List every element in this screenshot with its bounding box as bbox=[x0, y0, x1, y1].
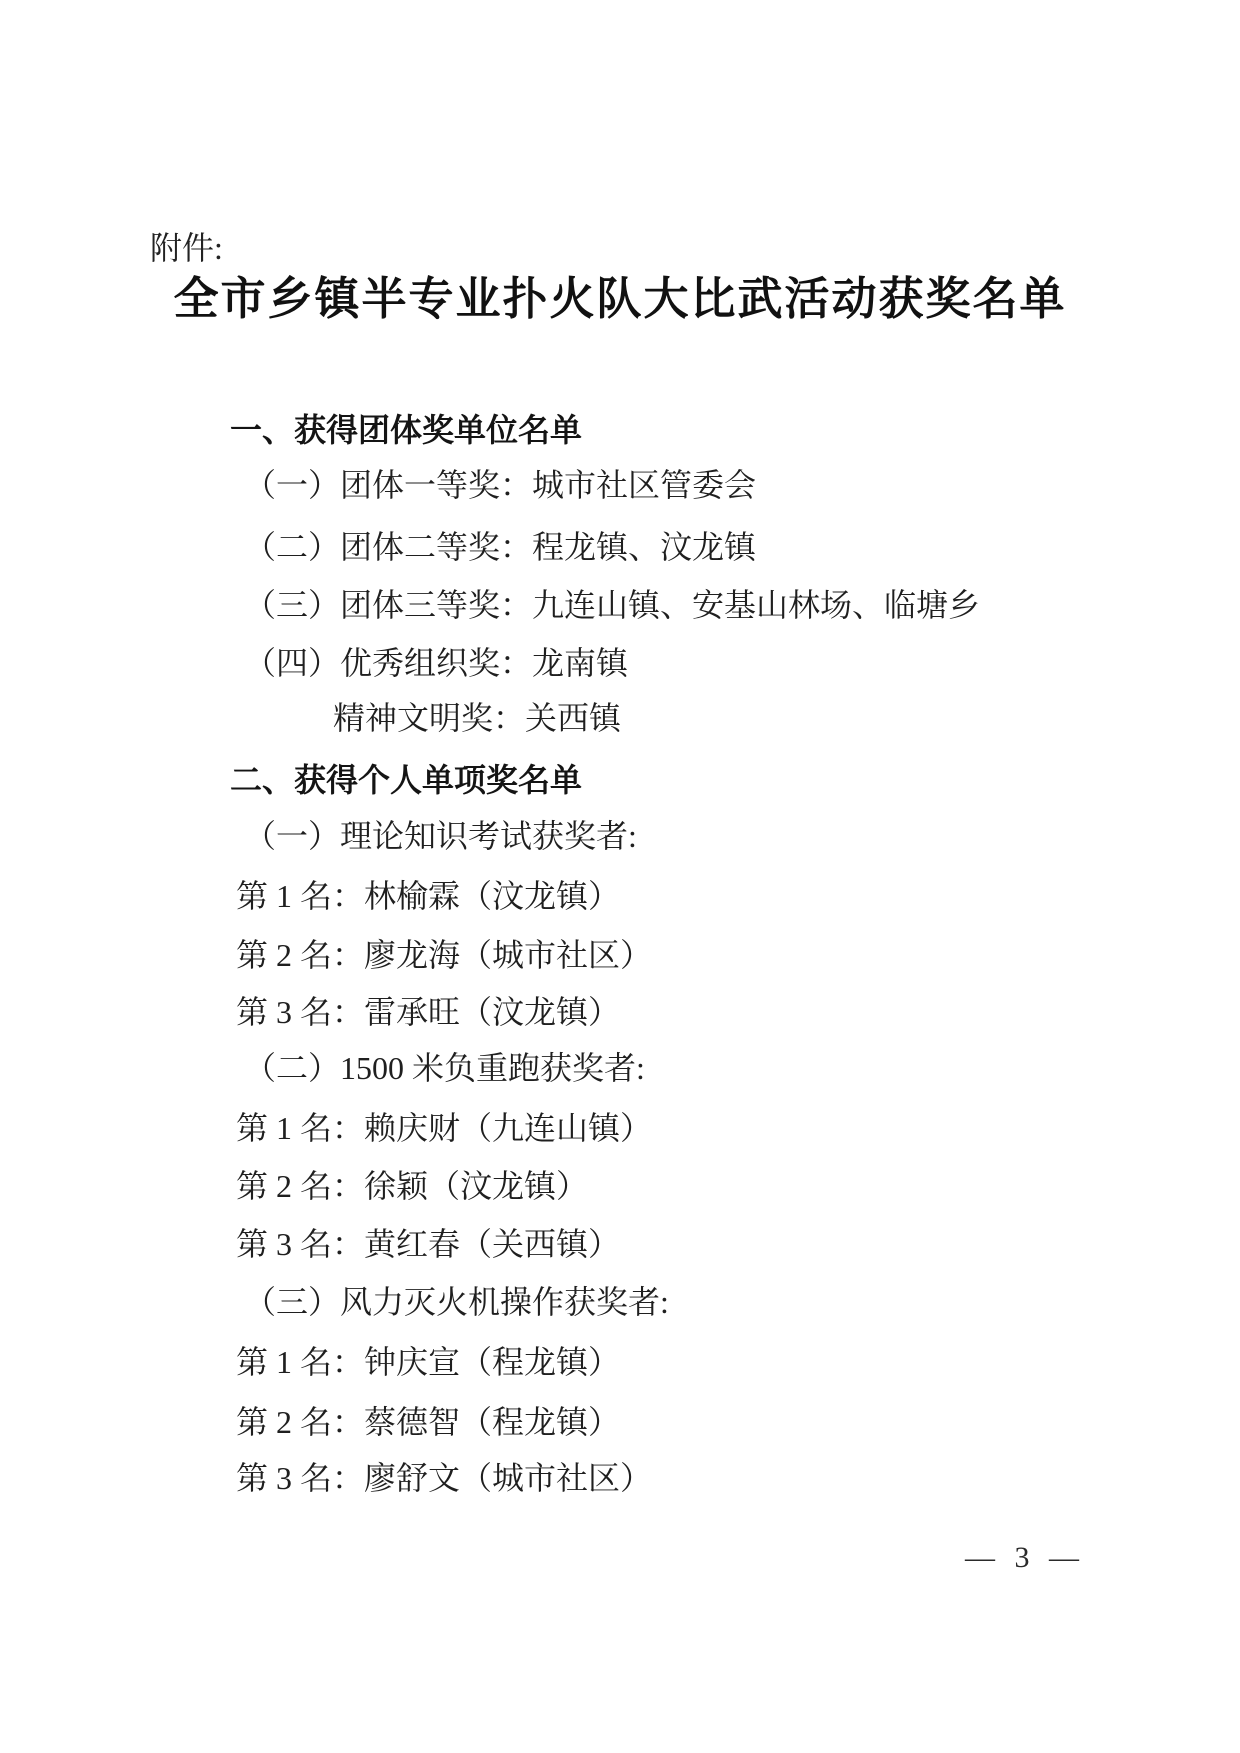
event-2-winner-1: 第 1 名：赖庆财（九连山镇） bbox=[236, 1107, 652, 1149]
event-1-winner-3: 第 3 名：雷承旺（汶龙镇） bbox=[236, 991, 620, 1033]
event-3-winner-3: 第 3 名：廖舒文（城市社区） bbox=[236, 1457, 652, 1499]
event-2-winner-2: 第 2 名：徐颖（汶龙镇） bbox=[236, 1165, 588, 1207]
group-award-second-prize: （二）团体二等奖：程龙镇、汶龙镇 bbox=[244, 526, 756, 568]
event-1-winner-2: 第 2 名：廖龙海（城市社区） bbox=[236, 934, 652, 976]
event-3-winner-1: 第 1 名：钟庆宣（程龙镇） bbox=[236, 1341, 620, 1383]
section-1-heading: 一、获得团体奖单位名单 bbox=[230, 409, 582, 451]
event-3-winner-2: 第 2 名：蔡德智（程龙镇） bbox=[236, 1401, 620, 1443]
group-award-spirit-prize: 精神文明奖：关西镇 bbox=[333, 697, 621, 739]
group-award-third-prize: （三）团体三等奖：九连山镇、安基山林场、临塘乡 bbox=[244, 584, 980, 626]
document-page: 附件: 全市乡镇半专业扑火队大比武活动获奖名单 一、获得团体奖单位名单 （一）团… bbox=[0, 0, 1240, 1753]
page-number: — 3 — bbox=[965, 1540, 1085, 1576]
event-1-label: （一）理论知识考试获奖者: bbox=[244, 815, 637, 857]
document-title: 全市乡镇半专业扑火队大比武活动获奖名单 bbox=[0, 272, 1240, 326]
section-2-heading: 二、获得个人单项奖名单 bbox=[230, 759, 582, 801]
group-award-organization-prize: （四）优秀组织奖：龙南镇 bbox=[244, 642, 628, 684]
attachment-label: 附件: bbox=[150, 228, 223, 268]
event-1-winner-1: 第 1 名：林榆霖（汶龙镇） bbox=[236, 875, 620, 917]
event-3-label: （三）风力灭火机操作获奖者: bbox=[244, 1281, 669, 1323]
group-award-first-prize: （一）团体一等奖：城市社区管委会 bbox=[244, 464, 756, 506]
event-2-winner-3: 第 3 名：黄红春（关西镇） bbox=[236, 1223, 620, 1265]
event-2-label: （二）1500 米负重跑获奖者: bbox=[244, 1047, 645, 1089]
